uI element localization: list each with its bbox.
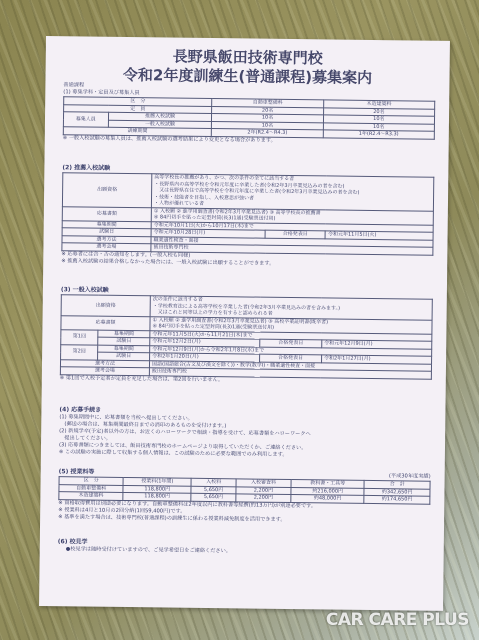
fees-basis-note: (平成30年度実績) — [389, 473, 431, 481]
courses-table: 区 分 自動車整備科 木造建築科 定 員 20名 20名 募集人員 推薦入校試験… — [63, 96, 435, 139]
section-5-heading: (5) 授業料等 — [59, 468, 95, 476]
table-row: 出願資格 高等学校長の推薦があり、かつ、次の条件の全てに該当する者 ・長野県内の… — [62, 173, 433, 211]
section-6-visit: (6) 校見学 ●校見学は随時受付けていますので、ご見学希望日をご連絡ください。 — [58, 538, 430, 558]
section-3-general: (3) 一般入校試験 出願資格 次の条件に該当する者 ・学校教育法による高等学校… — [60, 286, 433, 386]
section-2-recommendation: (2) 推薦入校試験 出願資格 高等学校長の推薦があり、かつ、次の条件の全てに該… — [61, 164, 434, 269]
recruitment-flyer: 長野県飯田技術専門校 令和2年度訓練生(普通課程)募集案内 普通課程 (1) 募… — [39, 36, 450, 611]
watermark-logo: CAR CARE PLUS — [326, 610, 469, 630]
general-exam-table: 出願資格 次の条件に該当する者 ・学校教育法による高等学校を卒業した者(令和2年… — [60, 294, 433, 379]
section-1-courses: 普通課程 (1) 募集学科・定員及び募集人員 区 分 自動車整備科 木造建築科 … — [63, 82, 436, 146]
recommendation-table: 出願資格 高等学校長の推薦があり、かつ、次の条件の全てに該当する者 ・長野県内の… — [61, 172, 434, 255]
section-4-procedure: (4) 応募手続き (1) 募集期間中に、応募書類を当校へ提出してください。 (… — [59, 406, 432, 461]
section-5-fees: (5) 授業料等 (平成30年度実績) 区 分 授業料(1年間) 入校料 入校審… — [58, 468, 431, 525]
